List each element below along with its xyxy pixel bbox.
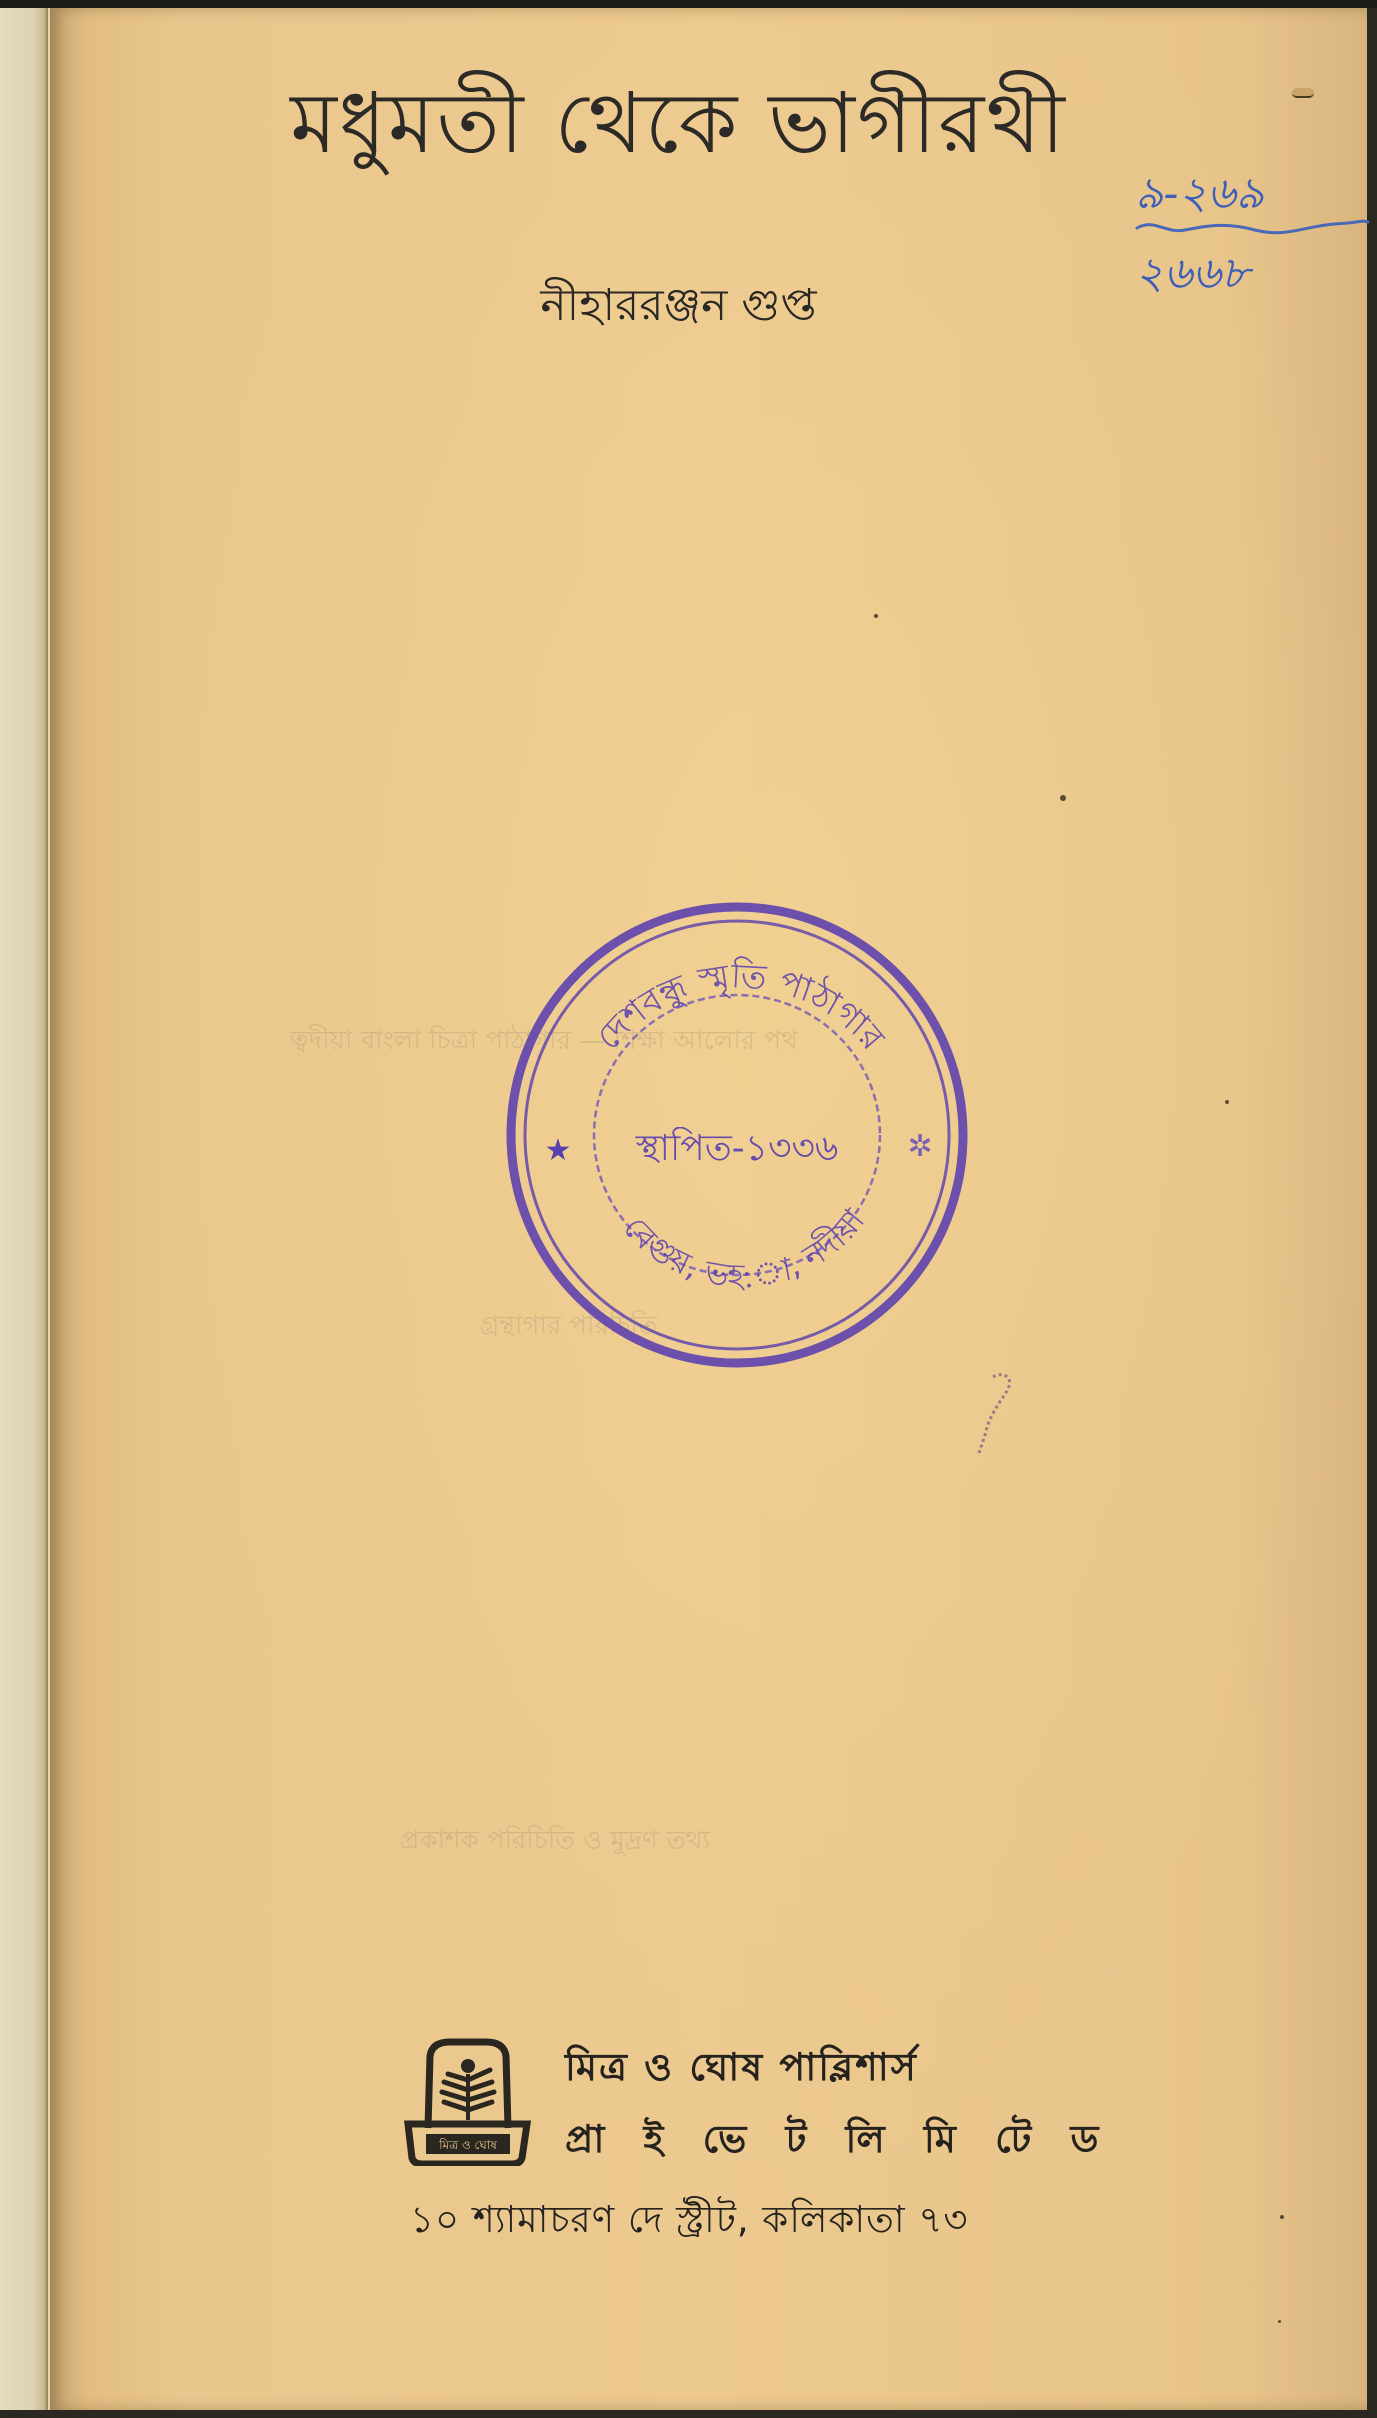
pencil-question-mark xyxy=(975,1365,1020,1460)
paper-speck xyxy=(1278,2320,1281,2323)
page-right-border xyxy=(1367,8,1377,2418)
handwritten-accession-note: ৯-২৬৯ ২৬৬৮ xyxy=(1135,168,1370,300)
page-bottom-border xyxy=(0,2410,1377,2418)
stamp-library-name: দেশবন্ধু স্মৃতি পাঠাগার xyxy=(588,956,893,1059)
publisher-address: ১০ শ্যামাচরণ দে স্ট্রীট, কলিকাতা ৭৩ xyxy=(410,2190,968,2253)
paper-speck xyxy=(1280,2215,1284,2219)
svg-text:দেশবন্ধু স্মৃতি পাঠাগার: দেশবন্ধু স্মৃতি পাঠাগার xyxy=(588,956,893,1059)
book-spine-edge xyxy=(0,8,48,2412)
paper-speck xyxy=(874,614,878,618)
publisher-logo: মিত্র ও ঘোষ xyxy=(400,2036,535,2166)
publisher-company-type: প্রা ই ভে ট লি মি টে ড xyxy=(565,2110,1104,2174)
stamp-graphic: দেশবন্ধু স্মৃতি পাঠাগার বেগুয়, ভহ:া, নদ… xyxy=(500,898,975,1373)
stamp-location: বেগুয়, ভহ:া, নদীয়া xyxy=(616,1201,873,1297)
publisher-name: মিত্র ও ঘোষ পাব্লিশার্স xyxy=(565,2038,918,2102)
svg-text:বেগুয়, ভহ:া, নদীয়া: বেগুয়, ভহ:া, নদীয়া xyxy=(616,1201,873,1297)
publisher-logo-caption: মিত্র ও ঘোষ xyxy=(438,2138,497,2152)
publisher-imprint: মিত্র ও ঘোষ মিত্র ও ঘোষ পাব্লিশার্স প্রা… xyxy=(400,2030,1080,2270)
handwritten-line-2: ২৬৬৮ xyxy=(1135,248,1370,300)
paper-speck xyxy=(1060,795,1066,801)
library-stamp: দেশবন্ধু স্মৃতি পাঠাগার বেগুয়, ভহ:া, নদ… xyxy=(500,898,975,1373)
bleed-through-text: প্রকাশক পরিচিতি ও মুদ্রণ তথ্য xyxy=(400,1820,710,1864)
paper-speck xyxy=(1225,1100,1229,1104)
stamp-established-year: স্থাপিত-১৩৩৬ xyxy=(635,1127,839,1169)
star-icon: ✲ xyxy=(907,1129,932,1164)
handwritten-line-1: ৯-২৬৯ xyxy=(1135,168,1370,220)
star-icon: ★ xyxy=(545,1133,572,1168)
